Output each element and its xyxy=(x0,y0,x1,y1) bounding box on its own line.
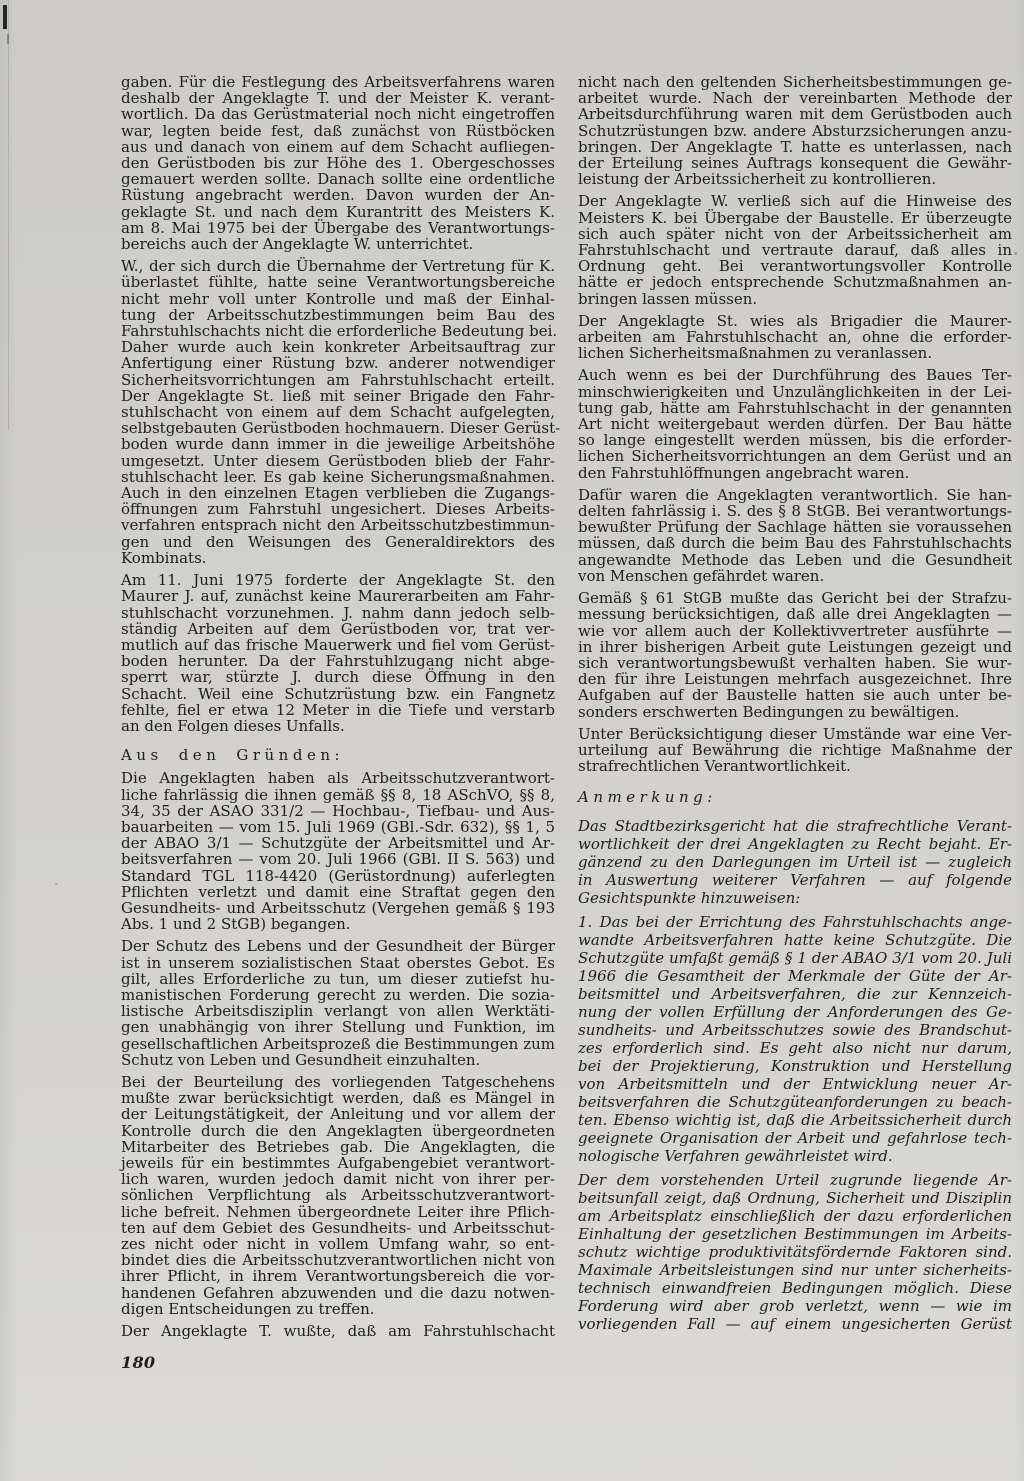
text-line: in ihrer bisherigen Arbeit gute Leistung… xyxy=(578,639,1012,655)
text-line: am 8. Mai 1975 bei der Übergabe des Vera… xyxy=(121,220,555,236)
text-line: zes erforderlich sind. Es geht also nich… xyxy=(578,1039,1012,1057)
text-line: von Menschen gefährdet waren. xyxy=(578,568,1012,584)
text-line: Ordnung geht. Bei verantwortungsvoller K… xyxy=(578,258,1012,274)
text-line: gilt, alles Erforderliche zu tun, um die… xyxy=(121,971,555,987)
text-line: nung der vollen Erfüllung der Anforderun… xyxy=(578,1003,1012,1021)
text-line: gen und den Weisungen des Generaldirekto… xyxy=(121,534,555,550)
text-line: wie vor allem auch der Kollektivvertrete… xyxy=(578,623,1012,639)
text-line: der ABAO 3/1 — Schutzgüte der Arbeitsmit… xyxy=(121,835,555,851)
text-line: verfahren entsprach nicht den Arbeitssch… xyxy=(121,517,555,533)
text-line: Art nicht weitergebaut werden dürfen. De… xyxy=(578,416,1012,432)
text-line: geeignete Organisation der Arbeit und ge… xyxy=(578,1129,1012,1147)
text-line: sönlichen Verpflichtung als Arbeitsschut… xyxy=(121,1187,555,1203)
text-line: tung gab, hätte am Fahrstuhlschacht in d… xyxy=(578,400,1012,416)
text-line: listische Arbeitsdisziplin verlangt von … xyxy=(121,1003,555,1019)
text-line: stuhlschacht leer. Es gab keine Sicherun… xyxy=(121,469,555,485)
text-line: bringen lassen müssen. xyxy=(578,291,1012,307)
text-line: 1966 die Gesamtheit der Merkmale der Güt… xyxy=(578,967,1012,985)
paragraph: Der Angeklagte T. wußte, daß am Fahrstuh… xyxy=(121,1323,555,1339)
text-line: Mitarbeiter des Betriebes gab. Die Angek… xyxy=(121,1139,555,1155)
text-line: arbeiten am Fahrstuhlschacht an, ohne di… xyxy=(578,329,1012,345)
text-line: gemauert werden sollte. Danach sollte ei… xyxy=(121,171,555,187)
text-line: Anfertigung einer Rüstung bzw. anderer n… xyxy=(121,355,555,371)
text-line: Der Angeklagte St. wies als Brigadier di… xyxy=(578,313,1012,329)
text-line: selbstgebauten Gerüstboden hochmauern. D… xyxy=(121,420,555,436)
text-line: mutlich auf das frische Mauerwerk und fi… xyxy=(121,637,555,653)
text-line: beitsmittel und Arbeitsverfahren, die zu… xyxy=(578,985,1012,1003)
text-line: Sicherheitsvorrichtungen am Fahrstuhlsch… xyxy=(121,372,555,388)
text-line: Kontrolle durch die den Angeklagten über… xyxy=(121,1123,555,1139)
text-line: bei der Projektierung, Konstruktion und … xyxy=(578,1057,1012,1075)
text-line: lichen Sicherheitsmaßnahmen zu veranlass… xyxy=(578,345,1012,361)
text-line: überlastet fühlte, hatte seine Verantwor… xyxy=(121,274,555,290)
text-line: Der Angeklagte St. ließ mit seiner Briga… xyxy=(121,388,555,404)
text-line: gen unabhängig von ihrer Stellung und Fu… xyxy=(121,1019,555,1035)
text-line: 1. Das bei der Errichtung des Fahrstuhls… xyxy=(578,913,1012,931)
text-line: müssen, daß durch die beim Bau des Fahrs… xyxy=(578,535,1012,551)
text-line: bringen. Der Angeklagte T. hatte es unte… xyxy=(578,139,1012,155)
text-line: Schacht. Weil eine Schutzrüstung bzw. ei… xyxy=(121,686,555,702)
text-line: mußte zwar berücksichtigt werden, daß es… xyxy=(121,1090,555,1106)
text-line: Unter Berücksichtigung dieser Umstände w… xyxy=(578,726,1012,742)
text-line: manistischen Forderung gerecht zu werden… xyxy=(121,987,555,1003)
text-line: Standard TGL 118-4420 (Gerüstordnung) au… xyxy=(121,868,555,884)
page-number: 180 xyxy=(121,1353,155,1372)
scan-artifact xyxy=(3,5,7,29)
paragraph: nicht nach den geltenden Sicherheitsbest… xyxy=(578,74,1012,187)
text-line: aus und danach von einem auf dem Schacht… xyxy=(121,139,555,155)
text-line: der Erteilung seines Auftrags konsequent… xyxy=(578,155,1012,171)
text-line: bewußter Prüfung der Sachlage hätten sie… xyxy=(578,519,1012,535)
text-line: bindet dies die Arbeitsschutzverantwortl… xyxy=(121,1252,555,1268)
text-line: Fahrstuhlschachts nicht die erforderlich… xyxy=(121,323,555,339)
text-line: der Leitungstätigkeit, der Anleitung und… xyxy=(121,1106,555,1122)
text-line: stuhlschacht vorzunehmen. J. nahm dann j… xyxy=(121,605,555,621)
text-line: den Gerüstboden bis zur Höhe des 1. Ober… xyxy=(121,155,555,171)
text-line: Am 11. Juni 1975 forderte der Angeklagte… xyxy=(121,572,555,588)
text-line: gesellschaftlichen Arbeitsprozeß die Bes… xyxy=(121,1036,555,1052)
text-line: W., der sich durch die Übernahme der Ver… xyxy=(121,258,555,274)
text-line: minschwierigkeiten und Unzulänglichkeite… xyxy=(578,384,1012,400)
text-line: Schutz von Leben und Gesundheit einzuhal… xyxy=(121,1052,555,1068)
text-columns: gaben. Für die Festlegung des Arbeitsver… xyxy=(121,74,1012,1345)
text-line: Der dem vorstehenden Urteil zugrunde lie… xyxy=(578,1171,1012,1189)
text-line: Gesundheits- und Arbeitsschutz (Vergehen… xyxy=(121,900,555,916)
text-line: Fahrstuhlschacht und vertraute darauf, d… xyxy=(578,242,1012,258)
text-line: bereichs auch der Angeklagte W. unterric… xyxy=(121,236,555,252)
scanned-journal-page: gaben. Für die Festlegung des Arbeitsver… xyxy=(0,0,1024,1481)
text-line: Abs. 1 und 2 StGB) begangen. xyxy=(121,916,555,932)
text-line: gaben. Für die Festlegung des Arbeitsver… xyxy=(121,74,555,90)
section-heading: Anmerkung: xyxy=(578,789,1012,805)
text-line: technisch einwandfreien Bedingungen mögl… xyxy=(578,1279,1012,1297)
text-line: sundheits- und Arbeitsschutzes sowie des… xyxy=(578,1021,1012,1039)
text-line: von Arbeitsmitteln und der Entwicklung n… xyxy=(578,1075,1012,1093)
text-line: lich waren, wurden jedoch damit nicht vo… xyxy=(121,1171,555,1187)
text-line: wortlich. Da das Gerüstmaterial noch nic… xyxy=(121,106,555,122)
text-line: Die Angeklagten haben als Arbeitsschutzv… xyxy=(121,770,555,786)
text-line: arbeitet wurde. Nach der vereinbarten Me… xyxy=(578,90,1012,106)
text-line: Gesichtspunkte hinzuweisen: xyxy=(578,889,1012,907)
text-line: schutz wichtige produktivitätsfördernde … xyxy=(578,1243,1012,1261)
text-line: beitsunfall zeigt, daß Ordnung, Sicherhe… xyxy=(578,1189,1012,1207)
text-line: Der Schutz des Lebens und der Gesundheit… xyxy=(121,938,555,954)
text-line: deshalb der Angeklagte T. und der Meiste… xyxy=(121,90,555,106)
text-line: beitsverfahren — vom 20. Juli 1966 (GBl.… xyxy=(121,851,555,867)
scan-artifact xyxy=(1014,252,1017,255)
text-line: Einhaltung der gesetzlichen Bestimmungen… xyxy=(578,1225,1012,1243)
text-line: ten. Ebenso wichtig ist, daß die Arbeits… xyxy=(578,1111,1012,1129)
text-line: Maurer J. auf, zunächst keine Maurerarbe… xyxy=(121,588,555,604)
text-line: Meisters K. bei Übergabe der Baustelle. … xyxy=(578,210,1012,226)
text-line: Arbeitsdurchführung waren mit dem Gerüst… xyxy=(578,106,1012,122)
paragraph: W., der sich durch die Übernahme der Ver… xyxy=(121,258,555,566)
text-line: Gemäß § 61 StGB mußte das Gericht bei de… xyxy=(578,590,1012,606)
text-line: gänzend zu den Darlegungen im Urteil ist… xyxy=(578,853,1012,871)
text-line: bauarbeiten — vom 15. Juli 1969 (GBl.-Sd… xyxy=(121,819,555,835)
paragraph: gaben. Für die Festlegung des Arbeitsver… xyxy=(121,74,555,252)
text-line: sich auch später nicht von der Arbeitssi… xyxy=(578,226,1012,242)
text-line: nicht mehr voll unter Kontrolle und maß … xyxy=(121,291,555,307)
text-line: den Fahrstuhlöffnungen angebracht waren. xyxy=(578,465,1012,481)
text-line: zes nicht oder nicht in vollem Umfang wa… xyxy=(121,1236,555,1252)
text-line: an den Folgen dieses Unfalls. xyxy=(121,718,555,734)
text-line: Auch in den einzelnen Etagen verblieben … xyxy=(121,485,555,501)
scan-artifact xyxy=(8,0,9,430)
text-line: umgesetzt. Unter diesem Gerüstboden blie… xyxy=(121,453,555,469)
text-line: ten auf dem Gebiet des Gesundheits- und … xyxy=(121,1220,555,1236)
text-line: in Auswertung weiterer Verfahren — auf f… xyxy=(578,871,1012,889)
text-line: lichen Sicherheitsvorrichtungen an dem G… xyxy=(578,448,1012,464)
text-line: digen Entscheidungen zu treffen. xyxy=(121,1301,555,1317)
text-line: Auch wenn es bei der Durchführung des Ba… xyxy=(578,367,1012,383)
text-line: vorliegenden Fall — auf einem ungesicher… xyxy=(578,1315,1012,1333)
text-line: 34, 35 der ASAO 331/2 — Hochbau-, Tiefba… xyxy=(121,803,555,819)
text-line: nologische Verfahren gewährleistet wird. xyxy=(578,1147,1012,1165)
text-line: Das Stadtbezirksgericht hat die strafrec… xyxy=(578,817,1012,835)
text-line: wandte Arbeitsverfahren hatte keine Schu… xyxy=(578,931,1012,949)
text-line: jeweils für ein bestimmtes Aufgabengebie… xyxy=(121,1155,555,1171)
text-line: Rüstung angebracht werden. Davon wurden … xyxy=(121,187,555,203)
text-line: boden wurde dann immer in die jeweilige … xyxy=(121,436,555,452)
text-line: Der Angeklagte T. wußte, daß am Fahrstuh… xyxy=(121,1323,555,1339)
text-line: leistung der Arbeitssicherheit zu kontro… xyxy=(578,171,1012,187)
text-line: wortlichkeit der drei Angeklagten zu Rec… xyxy=(578,835,1012,853)
text-line: boden herunter. Da der Fahrstuhlzugang n… xyxy=(121,653,555,669)
text-line: Schutzrüstungen bzw. andere Absturzsiche… xyxy=(578,123,1012,139)
text-line: sperrt war, stürzte J. durch diese Öffnu… xyxy=(121,669,555,685)
text-line: hätte er jedoch entsprechende Schutzmaßn… xyxy=(578,274,1012,290)
text-line: war, legten beide fest, daß zunächst von… xyxy=(121,123,555,139)
text-line: ist in unserem sozialistischen Staat obe… xyxy=(121,955,555,971)
text-line: Bei der Beurteilung des vorliegenden Tat… xyxy=(121,1074,555,1090)
text-line: Schutzgüte umfaßt gemäß § 1 der ABAO 3/1… xyxy=(578,949,1012,967)
text-line: messung berücksichtigen, daß alle drei A… xyxy=(578,606,1012,622)
text-line: stuhlschacht von einem auf dem Schacht a… xyxy=(121,404,555,420)
paragraph: 1. Das bei der Errichtung des Fahrstuhls… xyxy=(578,913,1012,1165)
text-line: Pflichten verletzt und damit eine Straft… xyxy=(121,884,555,900)
paragraph: Bei der Beurteilung des vorliegenden Tat… xyxy=(121,1074,555,1317)
text-line: beitsverfahren die Schutzgüteanforderung… xyxy=(578,1093,1012,1111)
paragraph: Auch wenn es bei der Durchführung des Ba… xyxy=(578,367,1012,480)
text-line: den für ihre Leistungen mehrfach ausgeze… xyxy=(578,671,1012,687)
paragraph: Unter Berücksichtigung dieser Umstände w… xyxy=(578,726,1012,775)
scan-artifact xyxy=(55,883,58,885)
text-line: geklagte St. und nach dem Kurantritt des… xyxy=(121,204,555,220)
text-line: Dafür waren die Angeklagten verantwortli… xyxy=(578,487,1012,503)
text-line: Maximale Arbeitsleistungen sind nur unte… xyxy=(578,1261,1012,1279)
text-line: strafrechtlichen Verantwortlichkeit. xyxy=(578,758,1012,774)
text-line: liche befreit. Nehmen übergeordnete Leit… xyxy=(121,1204,555,1220)
text-line: Daher wurde auch kein konkreter Arbeitsa… xyxy=(121,339,555,355)
paragraph: Am 11. Juni 1975 forderte der Angeklagte… xyxy=(121,572,555,734)
text-line: liche fahrlässig die ihnen gemäß §§ 8, 1… xyxy=(121,787,555,803)
text-line: fehlte, fiel er etwa 12 Meter in die Tie… xyxy=(121,702,555,718)
text-line: tung der Arbeitsschutzbestimmungen beim … xyxy=(121,307,555,323)
paragraph: Der Schutz des Lebens und der Gesundheit… xyxy=(121,938,555,1068)
text-line: öffnungen zum Fahrstuhl ungesichert. Die… xyxy=(121,501,555,517)
paragraph: Dafür waren die Angeklagten verantwortli… xyxy=(578,487,1012,584)
paragraph: Die Angeklagten haben als Arbeitsschutzv… xyxy=(121,770,555,932)
text-line: nicht nach den geltenden Sicherheitsbest… xyxy=(578,74,1012,90)
section-heading: Aus den Gründen: xyxy=(121,747,555,763)
text-line: Kombinats. xyxy=(121,550,555,566)
text-line: handenen Gefahren abzuwenden und die daz… xyxy=(121,1285,555,1301)
text-line: so lange eingestellt werden müssen, bis … xyxy=(578,432,1012,448)
text-line: Aufgaben auf der Baustelle hatten sie au… xyxy=(578,687,1012,703)
paragraph: Das Stadtbezirksgericht hat die strafrec… xyxy=(578,817,1012,907)
text-line: ständig Arbeiten auf dem Gerüstboden vor… xyxy=(121,621,555,637)
text-line: am Arbeitsplatz einschließlich der dazu … xyxy=(578,1207,1012,1225)
text-line: Forderung wird aber grob verletzt, wenn … xyxy=(578,1297,1012,1315)
text-line: angewandte Methode das Leben und die Ges… xyxy=(578,552,1012,568)
text-line: sonders erschwerten Bedingungen zu bewäl… xyxy=(578,704,1012,720)
paragraph: Der Angeklagte St. wies als Brigadier di… xyxy=(578,313,1012,362)
text-line: urteilung auf Bewährung die richtige Maß… xyxy=(578,742,1012,758)
text-line: Der Angeklagte W. verließ sich auf die H… xyxy=(578,193,1012,209)
right-column: nicht nach den geltenden Sicherheitsbest… xyxy=(578,74,1012,1345)
paragraph: Der dem vorstehenden Urteil zugrunde lie… xyxy=(578,1171,1012,1333)
text-line: ihrer Pflicht, in ihrem Verantwortungsbe… xyxy=(121,1268,555,1284)
text-line: delten fahrlässig i. S. des § 8 StGB. Be… xyxy=(578,503,1012,519)
left-column: gaben. Für die Festlegung des Arbeitsver… xyxy=(121,74,555,1345)
paragraph: Der Angeklagte W. verließ sich auf die H… xyxy=(578,193,1012,306)
paragraph: Gemäß § 61 StGB mußte das Gericht bei de… xyxy=(578,590,1012,720)
text-line: sich verantwortungsbewußt verhalten habe… xyxy=(578,655,1012,671)
